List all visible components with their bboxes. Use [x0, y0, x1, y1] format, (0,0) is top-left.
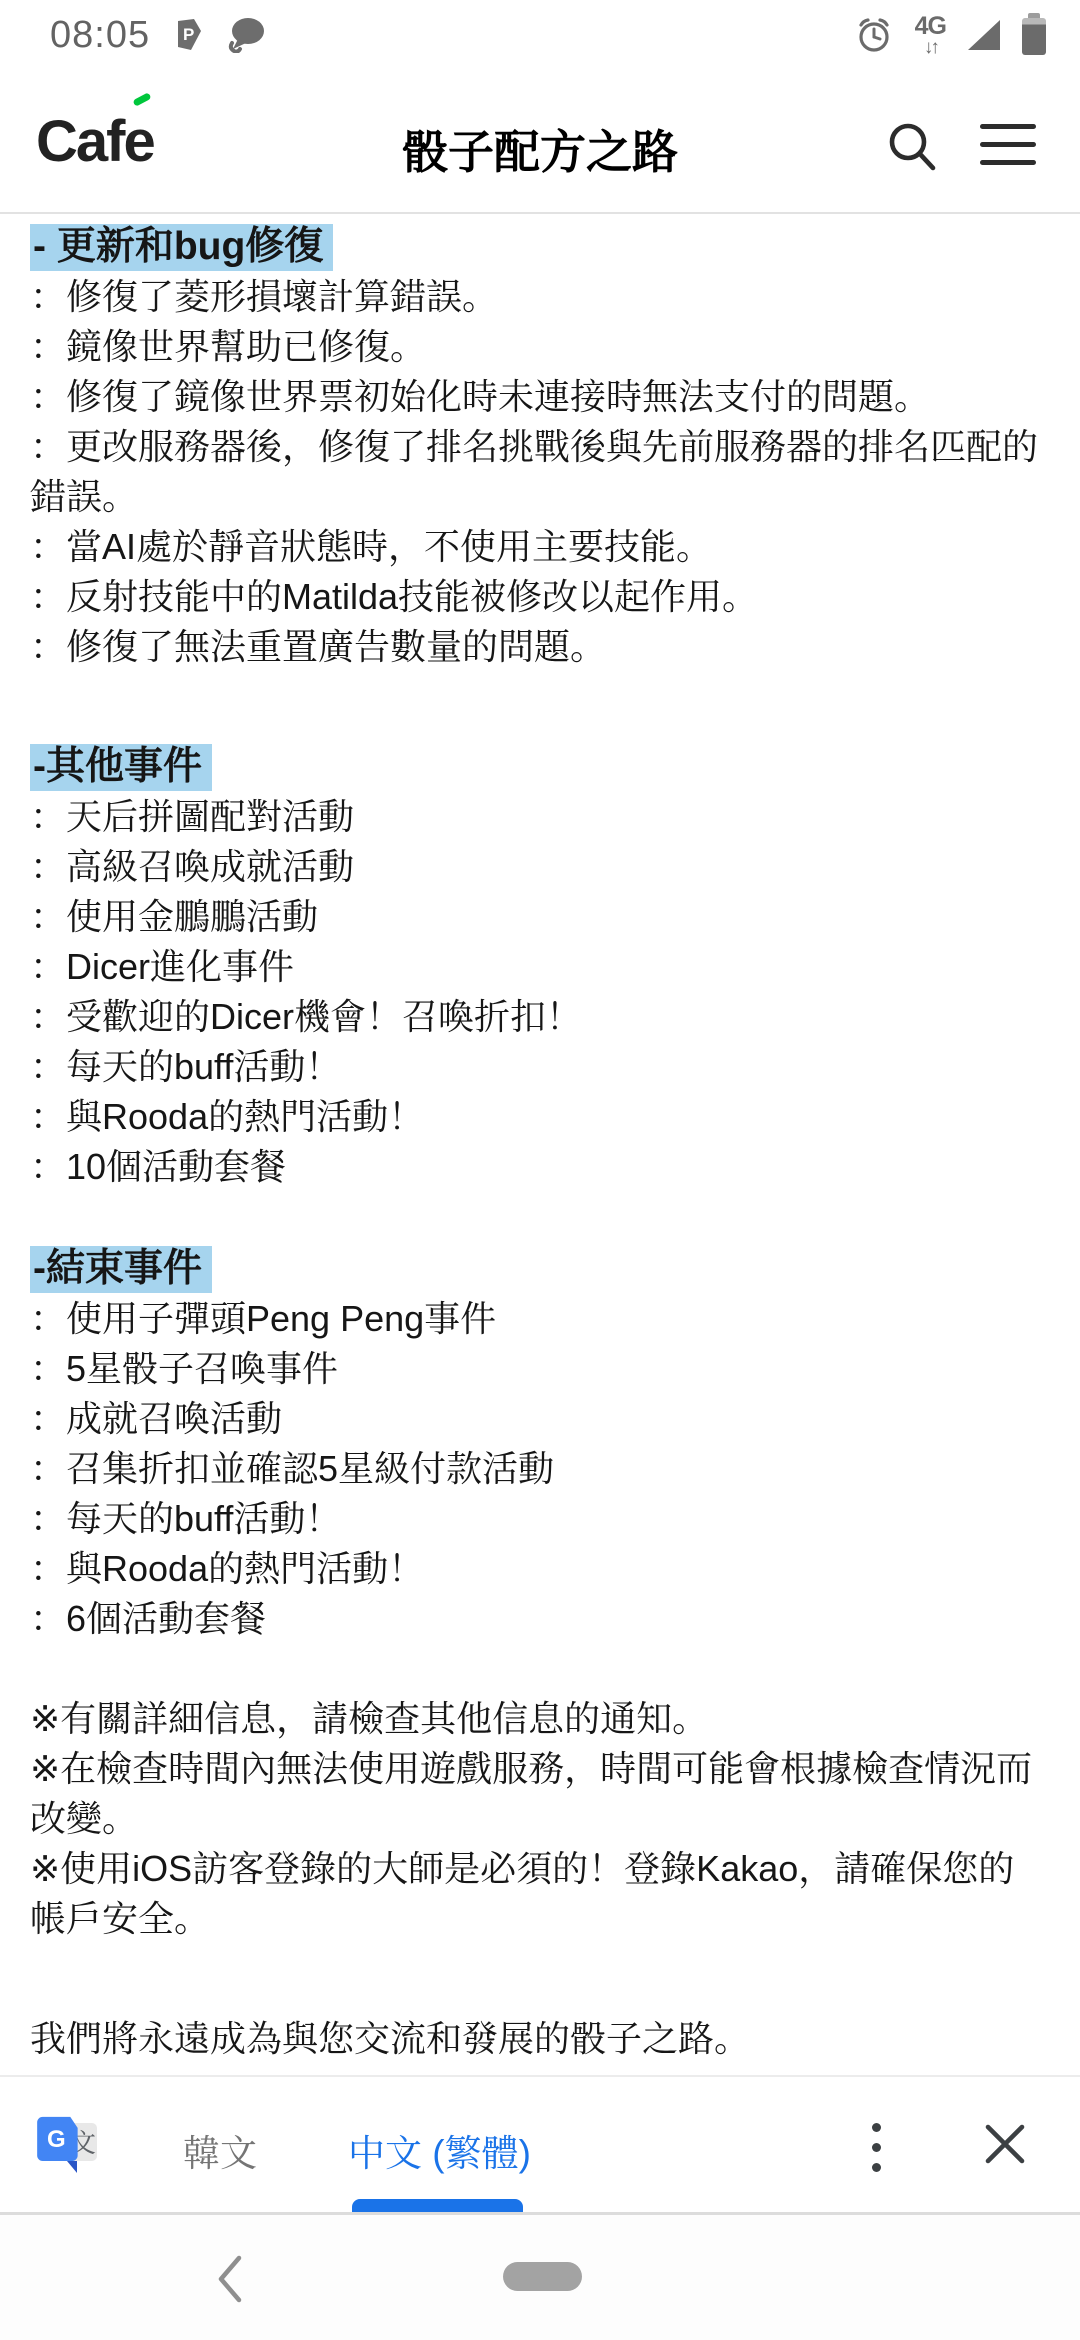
section-heading-highlight: -結束事件	[30, 1246, 212, 1293]
content-line: ：更改服務器後，修復了排名挑戰後與先前服務器的排名匹配的錯誤。	[30, 422, 1050, 522]
closing-line: 我們將永遠成為與您交流和發展的骰子之路。	[30, 2014, 1050, 2064]
menu-icon[interactable]	[980, 124, 1036, 165]
p-app-icon: P	[172, 18, 204, 52]
translate-icon-g: G	[47, 2126, 66, 2153]
status-bar-left: 08:05 P	[50, 14, 266, 57]
svg-text:P: P	[183, 25, 194, 44]
note-line: ※使用iOS訪客登錄的大師是必須的！登錄Kakao，請確保您的帳戶安全。	[30, 1844, 1050, 1944]
menu-bar	[980, 124, 1036, 129]
note-line: ※在檢查時間內無法使用遊戲服務，時間可能會根據檢查情況而改變。	[30, 1744, 1050, 1844]
network-type-label: 4G	[915, 14, 946, 39]
content-line: ：召集折扣並確認5星級付款活動	[30, 1444, 1050, 1494]
search-icon[interactable]	[886, 120, 938, 172]
content-line: ：成就召喚活動	[30, 1394, 1050, 1444]
content-line: ：修復了菱形損壞計算錯誤。	[30, 272, 1050, 322]
clock-time: 08:05	[50, 14, 150, 57]
content-line: ：鏡像世界幫助已修復。	[30, 322, 1050, 372]
translate-bar: 文 G 韓文 中文 (繁體)	[0, 2075, 1080, 2215]
content-line: ：當AI處於靜音狀態時，不使用主要技能。	[30, 522, 1050, 572]
selected-tab-underline	[352, 2199, 523, 2212]
content-line: ：每天的buff活動！	[30, 1494, 1050, 1544]
content-line: ：與Rooda的熱門活動！	[30, 1092, 1050, 1142]
status-bar-right: 4G ↓↑	[855, 13, 1046, 57]
content-line: ：與Rooda的熱門活動！	[30, 1544, 1050, 1594]
section-heading-highlight: - 更新和bug修復	[30, 224, 333, 271]
tab-target-language[interactable]: 中文 (繁體)	[348, 2123, 531, 2177]
google-translate-icon[interactable]: 文 G	[37, 2113, 101, 2179]
section-heading: - 更新和bug修復	[30, 222, 1050, 272]
content-line: ：修復了鏡像世界票初始化時未連接時無法支付的問題。	[30, 372, 1050, 422]
note-line: ※有關詳細信息，請檢查其他信息的通知。	[30, 1694, 1050, 1744]
kebab-menu-icon[interactable]	[868, 2119, 885, 2176]
back-icon[interactable]	[216, 2255, 244, 2303]
content-line: ：10個活動套餐	[30, 1142, 1050, 1192]
content-line: ：使用子彈頭Peng Peng事件	[30, 1294, 1050, 1344]
menu-bar	[980, 160, 1036, 165]
section-heading-highlight: -其他事件	[30, 744, 212, 791]
battery-icon	[1022, 13, 1046, 57]
close-icon[interactable]	[982, 2121, 1028, 2167]
gesture-nav-bar	[0, 2215, 1080, 2340]
app-header: Cafe 骰子配方之路	[0, 64, 1080, 214]
signal-icon	[968, 20, 1000, 50]
phone-screen: 08:05 P 4G ↓↑	[0, 0, 1080, 2340]
status-bar: 08:05 P 4G ↓↑	[0, 0, 1080, 64]
menu-bar	[980, 142, 1036, 147]
article-body: - 更新和bug修復 ：修復了菱形損壞計算錯誤。 ：鏡像世界幫助已修復。 ：修復…	[0, 216, 1080, 2075]
section-heading: -結束事件	[30, 1244, 1050, 1294]
home-pill-icon[interactable]	[503, 2262, 582, 2291]
content-line: ：5星骰子召喚事件	[30, 1344, 1050, 1394]
content-line: ：Dicer進化事件	[30, 942, 1050, 992]
chat-bubble-icon	[226, 17, 266, 53]
content-line: ：使用金鵬鵬活動	[30, 892, 1050, 942]
content-line: ：受歡迎的Dicer機會！召喚折扣！	[30, 992, 1050, 1042]
content-line: ：高級召喚成就活動	[30, 842, 1050, 892]
content-line: ：天后拼圖配對活動	[30, 792, 1050, 842]
network-4g-icon: 4G ↓↑	[915, 14, 946, 57]
kebab-dot	[872, 2123, 881, 2132]
kebab-dot	[872, 2143, 881, 2152]
content-line: ：每天的buff活動！	[30, 1042, 1050, 1092]
logo-green-accent-icon	[133, 92, 152, 107]
kebab-dot	[872, 2163, 881, 2172]
tab-source-language[interactable]: 韓文	[183, 2123, 257, 2177]
network-arrows: ↓↑	[924, 38, 937, 57]
battery-body	[1022, 18, 1046, 55]
content-line: ：6個活動套餐	[30, 1594, 1050, 1644]
content-line: ：反射技能中的Matilda技能被修改以起作用。	[30, 572, 1050, 622]
alarm-icon	[855, 16, 893, 54]
content-line: ：修復了無法重置廣告數量的問題。	[30, 622, 1050, 672]
section-heading: -其他事件	[30, 742, 1050, 792]
